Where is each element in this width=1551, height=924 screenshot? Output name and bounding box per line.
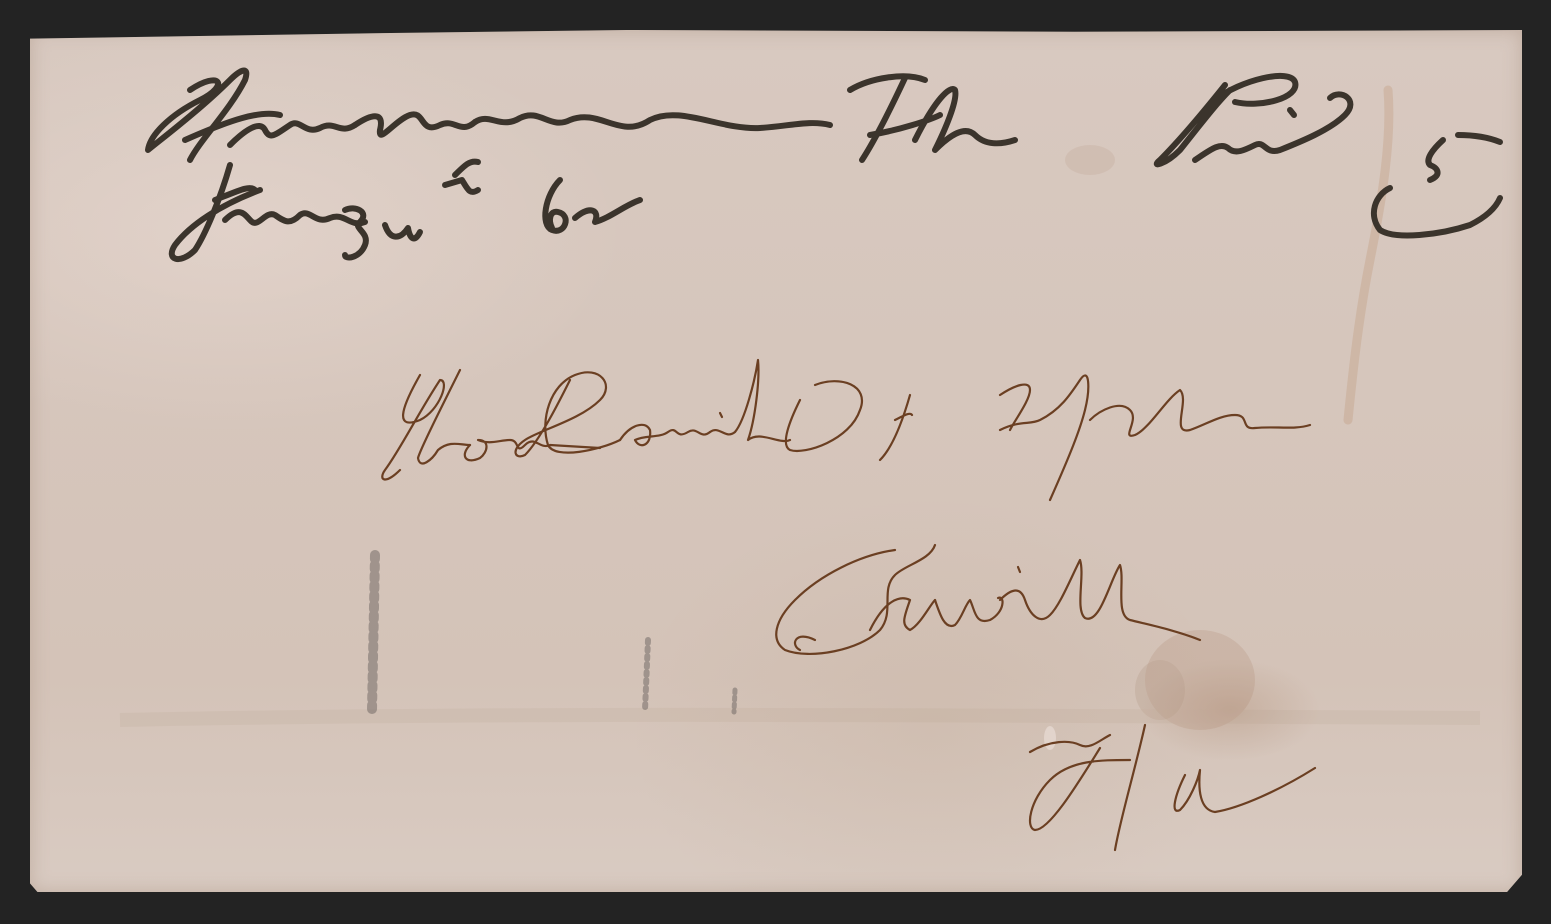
photo-scene: Homosassa Fla June 30th 62 Paid 5 Hon Da…	[0, 0, 1551, 924]
envelope	[30, 30, 1522, 892]
